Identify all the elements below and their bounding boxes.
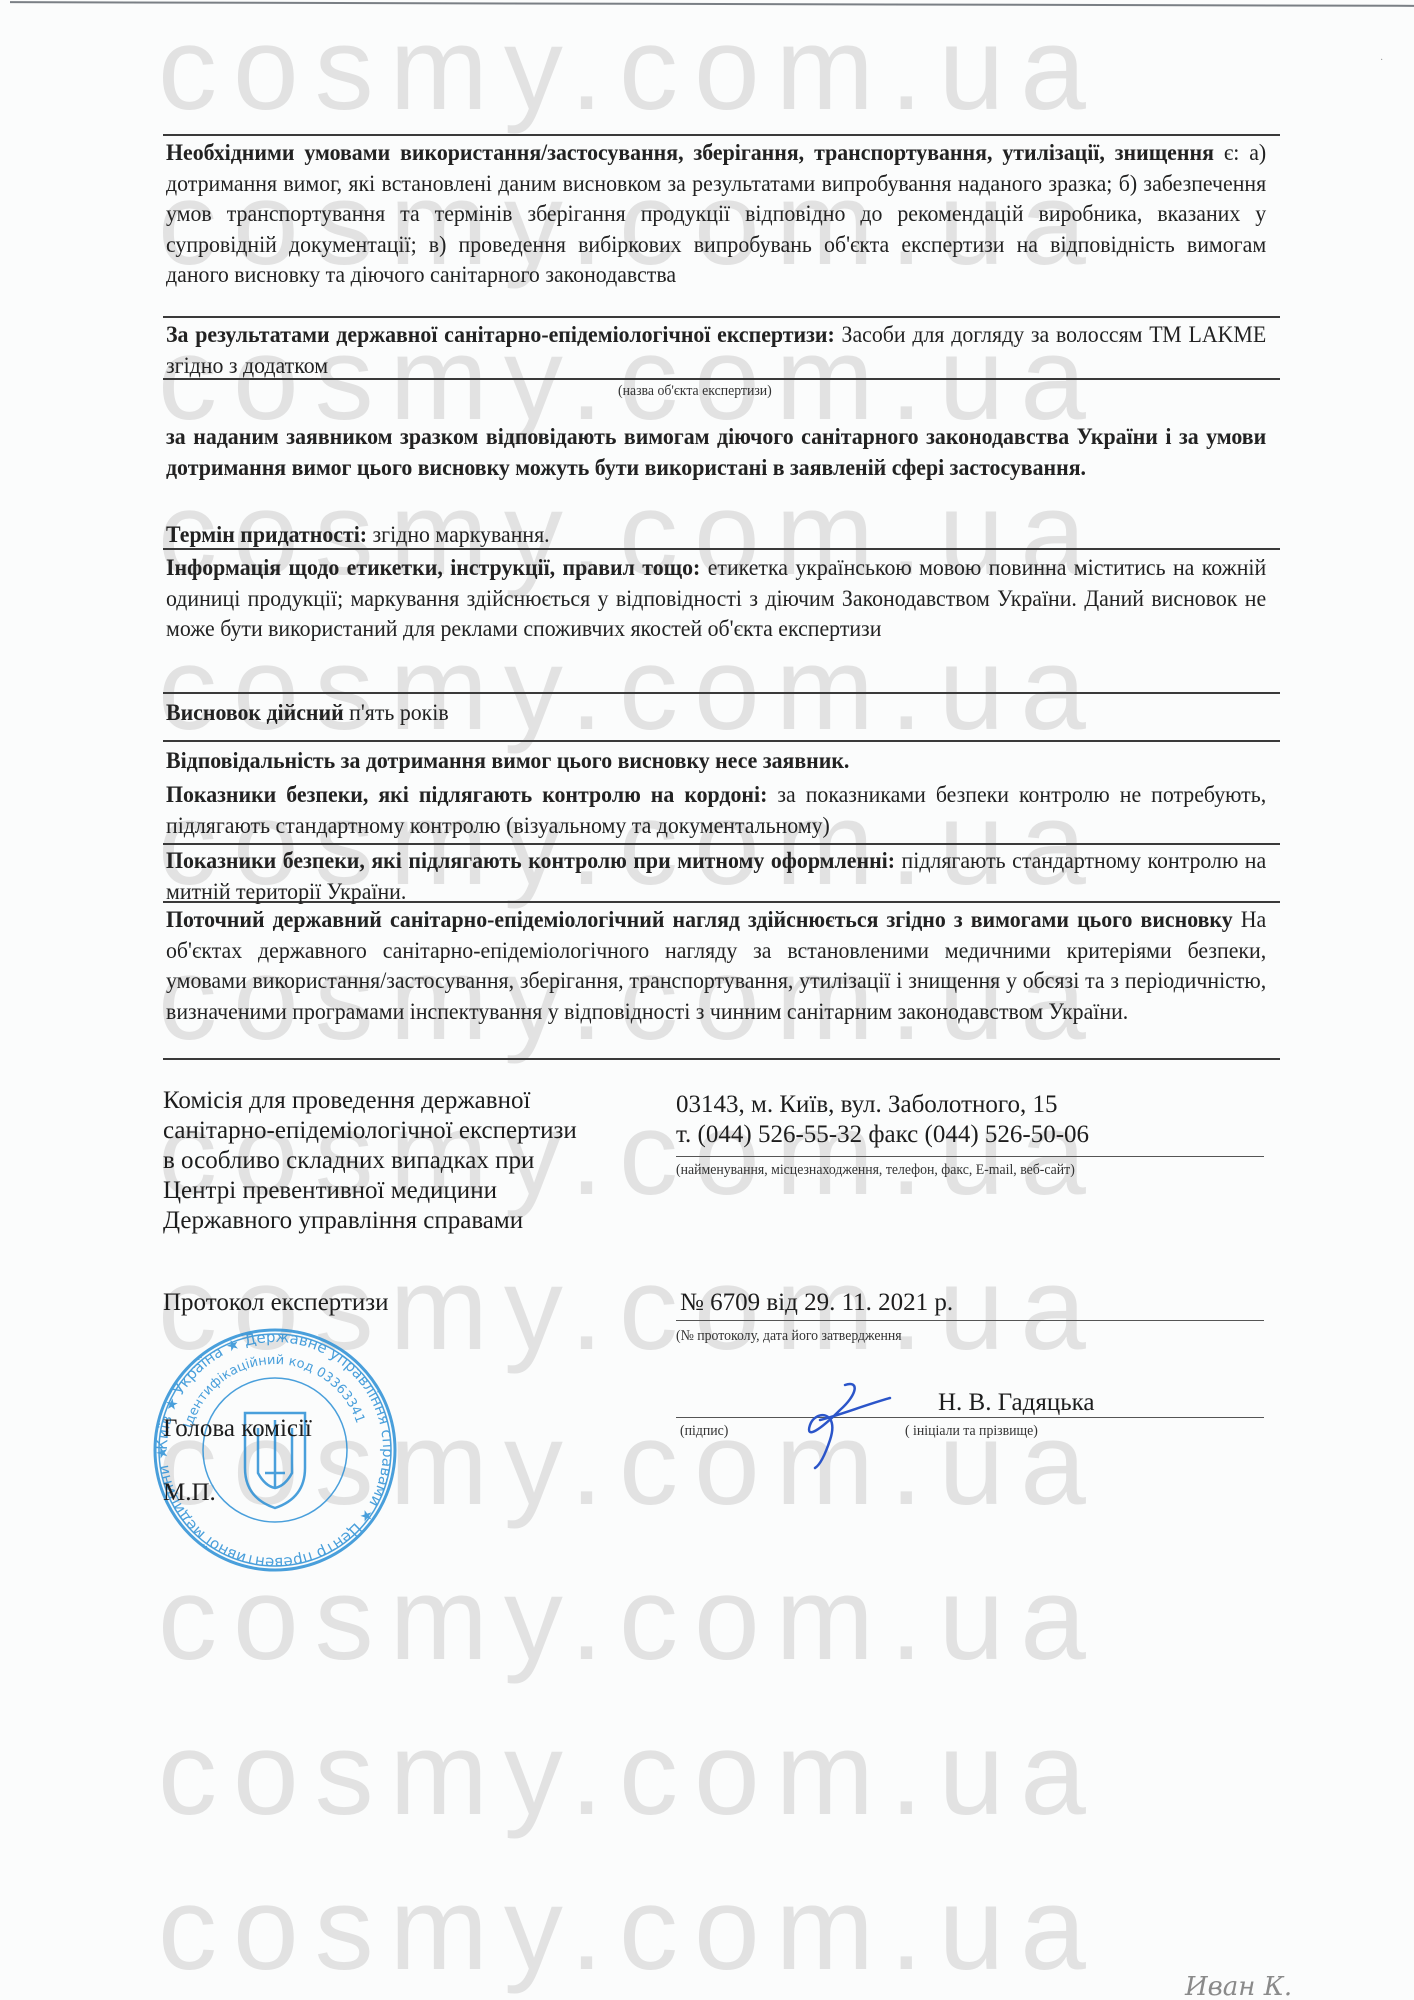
signature-caption: (підпис) [680, 1423, 728, 1440]
protocol-caption: (№ протоколу, дата його затвердження [676, 1328, 902, 1345]
section-conditions-heading: Необхідними умовами використання/застосу… [166, 140, 1214, 166]
signature-underline [676, 1417, 1264, 1418]
commission-line: в особливо складних випадках при [163, 1146, 643, 1176]
seal-label: М.П. [163, 1478, 216, 1508]
divider [163, 316, 1280, 318]
section-responsibility: Відповідальність за дотримання вимог цьо… [166, 746, 1266, 777]
commission-line: Комісія для проведення державної [163, 1086, 643, 1116]
document-page: · Необхідними умовами використання/засто… [0, 0, 1414, 2000]
section-validity-heading: Висновок дійсний [166, 700, 344, 726]
signature-icon [785, 1380, 895, 1470]
section-customs-control: Показники безпеки, які підлягають контро… [166, 846, 1266, 907]
commission-line: санітарно-епідеміологічної експертизи [163, 1116, 643, 1146]
divider [163, 692, 1280, 694]
divider [163, 740, 1280, 742]
official-stamp-icon: Київ ★ Україна ★ Державне управління спр… [140, 1328, 410, 1573]
divider [163, 1058, 1280, 1060]
section-validity: Висновок дійсний п'ять років [166, 698, 1266, 729]
section-customs-control-heading: Показники безпеки, які підлягають контро… [166, 848, 895, 874]
chair-label: Голова комісії [163, 1414, 312, 1444]
section-conditions: Необхідними умовами використання/застосу… [166, 138, 1266, 291]
object-name-caption: (назва об'єкта експертизи) [618, 383, 772, 400]
section-shelf-life-text: згідно маркування. [367, 522, 550, 548]
commission-address: 03143, м. Київ, вул. Заболотного, 15 т. … [676, 1090, 1296, 1150]
section-compliance: за наданим заявником зразком відповідают… [166, 422, 1266, 483]
handwritten-note: Иван К. [1185, 1972, 1292, 2000]
section-results: За результатами державної санітарно-епід… [166, 320, 1266, 381]
scan-speck: · [1380, 55, 1386, 61]
address-underline [676, 1156, 1264, 1157]
section-supervision-heading: Поточний державний санітарно-епідеміолог… [166, 907, 1233, 933]
name-caption: ( ініціали та прізвище) [905, 1423, 1038, 1440]
divider [163, 134, 1280, 136]
address-line: 03143, м. Київ, вул. Заболотного, 15 [676, 1090, 1296, 1120]
protocol-underline [676, 1320, 1264, 1321]
section-shelf-life: Термін придатності: згідно маркування. [166, 520, 1266, 551]
divider [163, 843, 1280, 845]
address-caption: (найменування, місцезнаходження, телефон… [676, 1162, 1075, 1179]
section-validity-text: п'ять років [344, 700, 449, 726]
section-shelf-life-heading: Термін придатності: [166, 522, 367, 548]
section-responsibility-text: Відповідальність за дотримання вимог цьо… [166, 748, 849, 774]
phone-fax-line: т. (044) 526-55-32 факс (044) 526-50-06 [676, 1120, 1296, 1150]
section-label-info: Інформація щодо етикетки, інструкції, пр… [166, 553, 1266, 645]
top-border-line [10, 1, 1414, 7]
commission-line: Державного управління справами [163, 1206, 643, 1236]
chair-name: Н. В. Гадяцька [938, 1388, 1095, 1418]
section-results-heading: За результатами державної санітарно-епід… [166, 322, 835, 348]
section-border-control-heading: Показники безпеки, які підлягають контро… [166, 782, 767, 808]
commission-line: Центрі превентивної медицини [163, 1176, 643, 1206]
commission-name: Комісія для проведення державної санітар… [163, 1086, 643, 1236]
section-label-info-heading: Інформація щодо етикетки, інструкції, пр… [166, 555, 700, 581]
protocol-label: Протокол експертизи [163, 1288, 389, 1318]
section-compliance-text: за наданим заявником зразком відповідают… [166, 424, 1266, 481]
section-border-control: Показники безпеки, які підлягають контро… [166, 780, 1266, 841]
protocol-number: № 6709 від 29. 11. 2021 р. [680, 1288, 953, 1318]
section-supervision: Поточний державний санітарно-епідеміолог… [166, 905, 1266, 1027]
